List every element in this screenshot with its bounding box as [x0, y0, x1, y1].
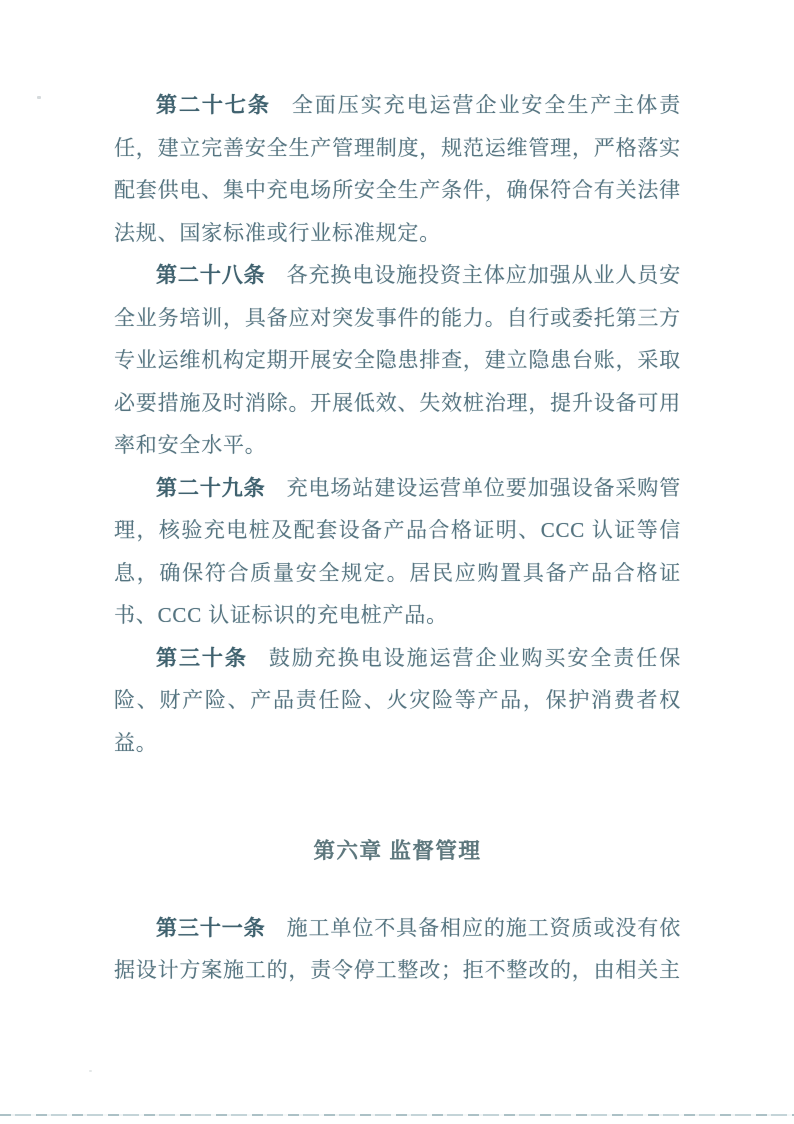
article-28-number: 第二十八条 — [156, 263, 266, 287]
article-31-number: 第三十一条 — [156, 916, 266, 940]
article-28-text: 各充换电设施投资主体应加强从业人员安全业务培训，具备应对突发事件的能力。自行或委… — [114, 263, 681, 457]
page-text-block: 第二十七条全面压实充电运营企业安全生产主体责任，建立完善安全生产管理制度，规范运… — [114, 84, 681, 992]
article-28-paragraph: 第二十八条各充换电设施投资主体应加强从业人员安全业务培训，具备应对突发事件的能力… — [114, 254, 681, 467]
article-29-paragraph: 第二十九条充电场站建设运营单位要加强设备采购管理，核验充电桩及配套设备产品合格证… — [114, 467, 681, 637]
article-27-paragraph: 第二十七条全面压实充电运营企业安全生产主体责任，建立完善安全生产管理制度，规范运… — [114, 84, 681, 254]
article-30-paragraph: 第三十条鼓励充换电设施运营企业购买安全责任保险、财产险、产品责任险、火灾险等产品… — [114, 637, 681, 765]
scan-speck — [89, 1070, 92, 1072]
article-29-number: 第二十九条 — [156, 476, 266, 500]
article-30-number: 第三十条 — [156, 646, 248, 670]
chapter-6-heading: 第六章 监督管理 — [114, 830, 681, 873]
article-31-paragraph: 第三十一条施工单位不具备相应的施工资质或没有依据设计方案施工的，责令停工整改；拒… — [114, 907, 681, 992]
article-27-number: 第二十七条 — [156, 93, 271, 117]
scan-speck — [37, 96, 41, 99]
scanner-artifact-line — [0, 1114, 794, 1116]
document-page: 第二十七条全面压实充电运营企业安全生产主体责任，建立完善安全生产管理制度，规范运… — [0, 0, 794, 1124]
